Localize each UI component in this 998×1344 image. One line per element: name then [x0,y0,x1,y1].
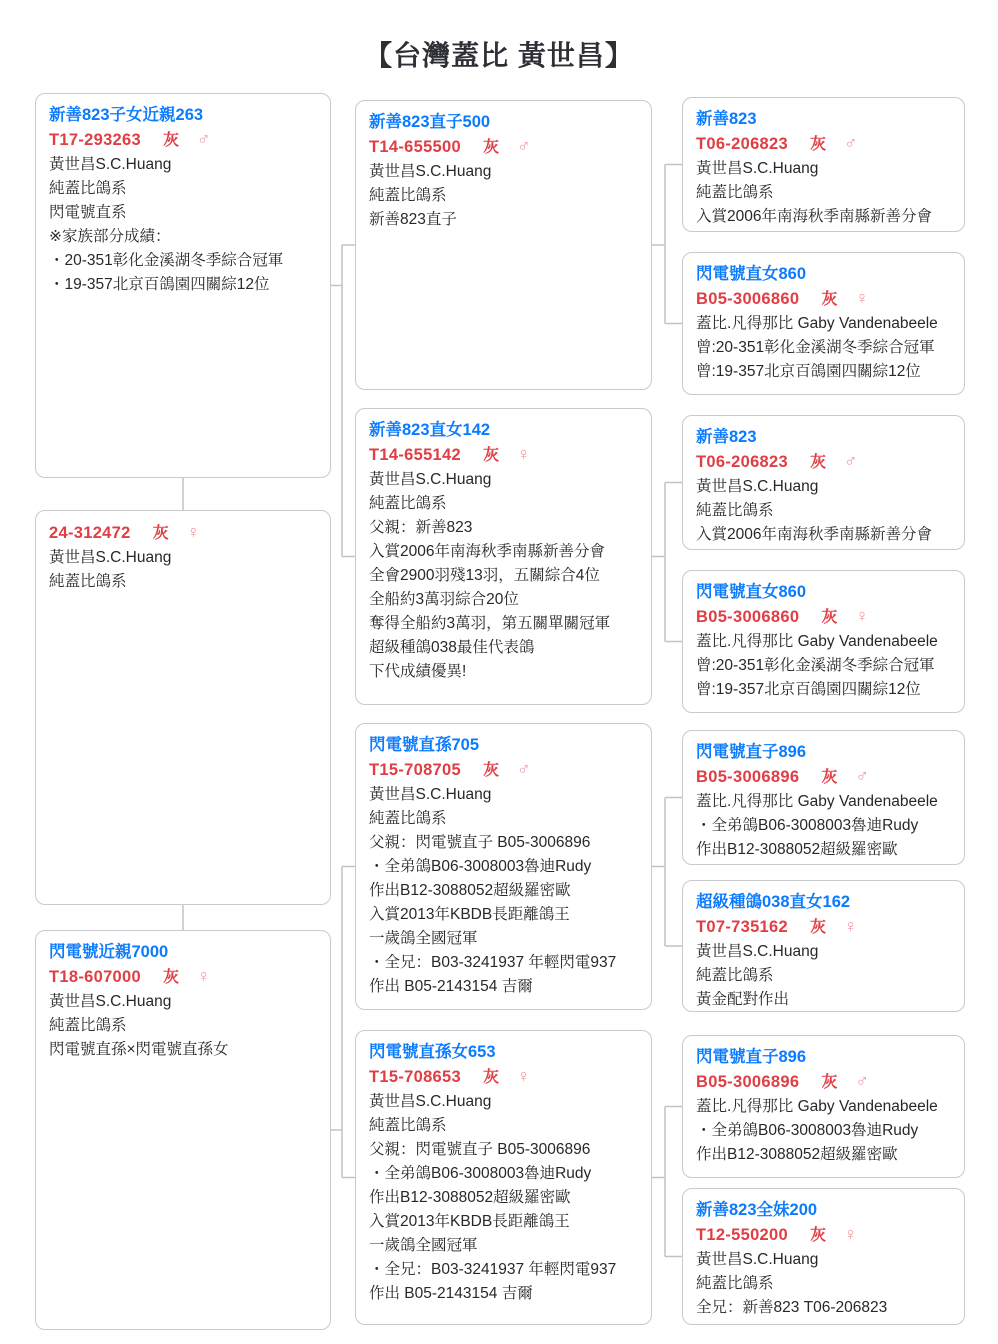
sex-symbol: ♂ [844,133,858,153]
pigeon-info-line: 蓋比.凡得那比 Gaby Vandenabeele [696,790,951,814]
pigeon-details: 黃世昌S.C.Huang純蓋比鴿系父親：閃電號直子 B05-3006896・全弟… [369,1090,638,1306]
ring-number-row: B05-3006860灰♀ [696,604,951,630]
sex-symbol: ♀ [187,522,201,542]
ring-number-row: T15-708705灰♂ [369,757,638,783]
sex-symbol: ♀ [517,444,531,464]
pigeon-name-link[interactable]: 閃電號直子896 [696,740,951,764]
color-label: 灰 [821,609,837,626]
ring-number: T14-655500 [369,138,461,156]
ring-number-row: B05-3006896灰♂ [696,1069,951,1095]
pigeon-card-R2: 閃電號直女860 B05-3006860灰♀ 蓋比.凡得那比 Gaby Vand… [682,252,965,395]
pigeon-details: 黃世昌S.C.Huang純蓋比鴿系父親：閃電號直子 B05-3006896・全弟… [369,783,638,999]
sex-symbol: ♂ [517,136,531,156]
pedigree-chart: 【台灣蓋比 黃世昌】 新善823子女近親263 T17-293263灰♂ 黃世昌… [0,0,998,1344]
pigeon-info-line: 全會2900羽殘13羽，五關綜合4位 [369,564,638,588]
pigeon-card-R3: 新善823 T06-206823灰♂ 黃世昌S.C.Huang純蓋比鴿系入賞20… [682,415,965,550]
ring-number-row: B05-3006860灰♀ [696,286,951,312]
ring-number-row: T14-655500灰♂ [369,134,638,160]
pigeon-info-line: 入賞2006年南海秋季南縣新善分會 [696,205,951,229]
pigeon-details: 黃世昌S.C.Huang純蓋比鴿系黃金配對作出 [696,940,951,1012]
color-label: 灰 [821,769,837,786]
pigeon-info-line: 黃世昌S.C.Huang [696,1248,951,1272]
pigeon-info-line: 作出B12-3088052超級羅密歐 [369,879,638,903]
pigeon-info-line: 入賞2013年KBDB長距離鴿王 [369,903,638,927]
pigeon-info-line: 新善823直子 [369,208,638,232]
pigeon-details: 黃世昌S.C.Huang純蓋比鴿系閃電號直系※家族部分成績：・20-351彰化金… [49,153,317,297]
pigeon-info-line: ・20-351彰化金溪湖冬季綜合冠軍 [49,249,317,273]
sex-symbol: ♀ [855,288,869,308]
ring-number-row: T06-206823灰♂ [696,131,951,157]
pigeon-info-line: 純蓋比鴿系 [696,181,951,205]
pigeon-info-line: 黃世昌S.C.Huang [696,475,951,499]
pigeon-info-line: 黃金配對作出 [696,988,951,1012]
pigeon-info-line: 純蓋比鴿系 [49,177,317,201]
ring-number: T17-293263 [49,131,141,149]
pigeon-info-line: 奪得全船約3萬羽，第五關單關冠軍 [369,612,638,636]
sex-symbol: ♀ [844,916,858,936]
pigeon-info-line: 曾:20-351彰化金溪湖冬季綜合冠軍 [696,654,951,678]
pigeon-info-line: 純蓋比鴿系 [369,492,638,516]
pigeon-details: 黃世昌S.C.Huang純蓋比鴿系新善823直子 [369,160,638,232]
pigeon-info-line: 曾:19-357北京百鴿園四關綜12位 [696,360,951,384]
pigeon-name-link[interactable]: 閃電號直孫女653 [369,1040,638,1064]
pigeon-card-R5: 閃電號直子896 B05-3006896灰♂ 蓋比.凡得那比 Gaby Vand… [682,730,965,865]
ring-number: T06-206823 [696,135,788,153]
ring-number: T07-735162 [696,918,788,936]
pigeon-name-link[interactable]: 新善823子女近親263 [49,103,317,127]
pigeon-info-line: ・全弟鴿B06-3008003魯迪Rudy [696,1119,951,1143]
pigeon-info-line: 純蓋比鴿系 [49,1014,317,1038]
sex-symbol: ♀ [855,606,869,626]
sex-symbol: ♀ [197,966,211,986]
ring-number: T18-607000 [49,968,141,986]
color-label: 灰 [163,132,179,149]
ring-number-row: T18-607000灰♀ [49,964,317,990]
pigeon-info-line: 作出B12-3088052超級羅密歐 [369,1186,638,1210]
sex-symbol: ♀ [844,1224,858,1244]
pigeon-info-line: 一歲鴿全國冠軍 [369,1234,638,1258]
color-label: 灰 [810,1227,826,1244]
color-label: 灰 [483,139,499,156]
pigeon-info-line: 入賞2013年KBDB長距離鴿王 [369,1210,638,1234]
pigeon-info-line: 黃世昌S.C.Huang [696,940,951,964]
pigeon-name-link[interactable]: 新善823全妹200 [696,1198,951,1222]
pigeon-info-line: 黃世昌S.C.Huang [49,153,317,177]
pigeon-details: 黃世昌S.C.Huang純蓋比鴿系 [49,546,317,594]
pigeon-name-link[interactable]: 新善823直女142 [369,418,638,442]
ring-number: 24-312472 [49,524,131,542]
ring-number: B05-3006860 [696,290,799,308]
pigeon-info-line: 黃世昌S.C.Huang [369,468,638,492]
color-label: 灰 [483,1069,499,1086]
pigeon-card-L3: 閃電號近親7000 T18-607000灰♀ 黃世昌S.C.Huang純蓋比鴿系… [35,930,331,1330]
ring-number: T06-206823 [696,453,788,471]
pigeon-name-link[interactable]: 閃電號直女860 [696,580,951,604]
pigeon-card-M4: 閃電號直孫女653 T15-708653灰♀ 黃世昌S.C.Huang純蓋比鴿系… [355,1030,652,1325]
pigeon-info-line: ・全弟鴿B06-3008003魯迪Rudy [369,855,638,879]
sex-symbol: ♂ [855,766,869,786]
pigeon-info-line: 黃世昌S.C.Huang [369,783,638,807]
pigeon-info-line: ※家族部分成績： [49,225,317,249]
pigeon-info-line: 父親：新善823 [369,516,638,540]
sex-symbol: ♂ [517,759,531,779]
color-label: 灰 [821,291,837,308]
pigeon-info-line: 純蓋比鴿系 [369,807,638,831]
pigeon-info-line: 曾:20-351彰化金溪湖冬季綜合冠軍 [696,336,951,360]
ring-number: T15-708705 [369,761,461,779]
sex-symbol: ♀ [517,1066,531,1086]
pigeon-info-line: 父親：閃電號直子 B05-3006896 [369,831,638,855]
pigeon-card-R6: 超級種鴿038直女162 T07-735162灰♀ 黃世昌S.C.Huang純蓋… [682,880,965,1012]
pigeon-details: 黃世昌S.C.Huang純蓋比鴿系閃電號直孫×閃電號直孫女 [49,990,317,1062]
color-label: 灰 [483,762,499,779]
color-label: 灰 [821,1074,837,1091]
pigeon-info-line: 下代成績優異! [369,660,638,684]
pigeon-name-link[interactable]: 閃電號近親7000 [49,940,317,964]
pigeon-card-R1: 新善823 T06-206823灰♂ 黃世昌S.C.Huang純蓋比鴿系入賞20… [682,97,965,232]
pigeon-info-line: 父親：閃電號直子 B05-3006896 [369,1138,638,1162]
pigeon-card-R8: 新善823全妹200 T12-550200灰♀ 黃世昌S.C.Huang純蓋比鴿… [682,1188,965,1325]
color-label: 灰 [153,525,169,542]
pigeon-info-line: 純蓋比鴿系 [696,499,951,523]
pigeon-card-R4: 閃電號直女860 B05-3006860灰♀ 蓋比.凡得那比 Gaby Vand… [682,570,965,713]
pigeon-name-link[interactable]: 超級種鴿038直女162 [696,890,951,914]
pigeon-card-L1: 新善823子女近親263 T17-293263灰♂ 黃世昌S.C.Huang純蓋… [35,93,331,478]
pigeon-info-line: 曾:19-357北京百鴿園四關綜12位 [696,678,951,702]
pigeon-info-line: 蓋比.凡得那比 Gaby Vandenabeele [696,630,951,654]
ring-number-row: T15-708653灰♀ [369,1064,638,1090]
pigeon-info-line: 黃世昌S.C.Huang [369,1090,638,1114]
pigeon-info-line: 作出 B05-2143154 吉爾 [369,1282,638,1306]
color-label: 灰 [810,454,826,471]
pigeon-name-link[interactable]: 新善823直子500 [369,110,638,134]
ring-number: T15-708653 [369,1068,461,1086]
page-title: 【台灣蓋比 黃世昌】 [0,34,998,74]
pigeon-card-M2: 新善823直女142 T14-655142灰♀ 黃世昌S.C.Huang純蓋比鴿… [355,408,652,705]
pigeon-info-line: 入賞2006年南海秋季南縣新善分會 [369,540,638,564]
color-label: 灰 [810,136,826,153]
pigeon-info-line: ・全弟鴿B06-3008003魯迪Rudy [696,814,951,838]
sex-symbol: ♂ [855,1071,869,1091]
ring-number: B05-3006896 [696,768,799,786]
pigeon-info-line: 純蓋比鴿系 [696,964,951,988]
pigeon-info-line: 全兄：新善823 T06-206823 [696,1296,951,1320]
pigeon-card-R7: 閃電號直子896 B05-3006896灰♂ 蓋比.凡得那比 Gaby Vand… [682,1035,965,1178]
ring-number-row: T17-293263灰♂ [49,127,317,153]
ring-number-row: B05-3006896灰♂ [696,764,951,790]
pigeon-info-line: 作出B12-3088052超級羅密歐 [696,1143,951,1167]
ring-number: B05-3006860 [696,608,799,626]
ring-number-row: T14-655142灰♀ [369,442,638,468]
pigeon-name-link[interactable]: 新善823 [696,107,951,131]
color-label: 灰 [483,447,499,464]
pigeon-info-line: ・19-357北京百鴿園四關綜12位 [49,273,317,297]
pigeon-info-line: 純蓋比鴿系 [49,570,317,594]
pigeon-details: 黃世昌S.C.Huang純蓋比鴿系入賞2006年南海秋季南縣新善分會 [696,157,951,229]
pigeon-info-line: 超級種鴿038最佳代表鴿 [369,636,638,660]
pigeon-info-line: 閃電號直孫×閃電號直孫女 [49,1038,317,1062]
pigeon-card-M1: 新善823直子500 T14-655500灰♂ 黃世昌S.C.Huang純蓋比鴿… [355,100,652,390]
pigeon-info-line: ・全弟鴿B06-3008003魯迪Rudy [369,1162,638,1186]
color-label: 灰 [163,969,179,986]
pigeon-details: 黃世昌S.C.Huang純蓋比鴿系入賞2006年南海秋季南縣新善分會 [696,475,951,547]
pigeon-card-L2: 24-312472灰♀ 黃世昌S.C.Huang純蓋比鴿系 [35,510,331,905]
pigeon-details: 黃世昌S.C.Huang純蓋比鴿系父親：新善823入賞2006年南海秋季南縣新善… [369,468,638,684]
pigeon-info-line: 純蓋比鴿系 [369,1114,638,1138]
ring-number-row: 24-312472灰♀ [49,520,317,546]
pigeon-info-line: 蓋比.凡得那比 Gaby Vandenabeele [696,1095,951,1119]
pigeon-info-line: 黃世昌S.C.Huang [49,546,317,570]
pigeon-info-line: 蓋比.凡得那比 Gaby Vandenabeele [696,312,951,336]
pigeon-info-line: 全船約3萬羽綜合20位 [369,588,638,612]
ring-number-row: T07-735162灰♀ [696,914,951,940]
pigeon-card-M3: 閃電號直孫705 T15-708705灰♂ 黃世昌S.C.Huang純蓋比鴿系父… [355,723,652,1010]
sex-symbol: ♂ [197,129,211,149]
pigeon-info-line: 一歲鴿全國冠軍 [369,927,638,951]
pigeon-details: 蓋比.凡得那比 Gaby Vandenabeele曾:20-351彰化金溪湖冬季… [696,630,951,702]
ring-number: B05-3006896 [696,1073,799,1091]
pigeon-info-line: 純蓋比鴿系 [369,184,638,208]
pigeon-details: 蓋比.凡得那比 Gaby Vandenabeele曾:20-351彰化金溪湖冬季… [696,312,951,384]
pigeon-info-line: ・全兄：B03-3241937 年輕閃電937 [369,1258,638,1282]
pigeon-info-line: 黃世昌S.C.Huang [696,157,951,181]
pigeon-details: 蓋比.凡得那比 Gaby Vandenabeele・全弟鴿B06-3008003… [696,1095,951,1167]
pigeon-info-line: 入賞2006年南海秋季南縣新善分會 [696,523,951,547]
pigeon-name-link[interactable]: 閃電號直女860 [696,262,951,286]
pigeon-info-line: 作出 B05-2143154 吉爾 [369,975,638,999]
ring-number-row: T06-206823灰♂ [696,449,951,475]
pigeon-info-line: 黃世昌S.C.Huang [49,990,317,1014]
pigeon-info-line: 閃電號直系 [49,201,317,225]
pigeon-info-line: ・全兄：B03-3241937 年輕閃電937 [369,951,638,975]
pigeon-name-link[interactable]: 閃電號直孫705 [369,733,638,757]
pigeon-details: 黃世昌S.C.Huang純蓋比鴿系全兄：新善823 T06-206823 [696,1248,951,1320]
ring-number-row: T12-550200灰♀ [696,1222,951,1248]
pigeon-details: 蓋比.凡得那比 Gaby Vandenabeele・全弟鴿B06-3008003… [696,790,951,862]
sex-symbol: ♂ [844,451,858,471]
pigeon-info-line: 作出B12-3088052超級羅密歐 [696,838,951,862]
pigeon-name-link[interactable]: 新善823 [696,425,951,449]
pigeon-info-line: 黃世昌S.C.Huang [369,160,638,184]
pigeon-info-line: 純蓋比鴿系 [696,1272,951,1296]
color-label: 灰 [810,919,826,936]
ring-number: T14-655142 [369,446,461,464]
ring-number: T12-550200 [696,1226,788,1244]
pigeon-name-link[interactable]: 閃電號直子896 [696,1045,951,1069]
